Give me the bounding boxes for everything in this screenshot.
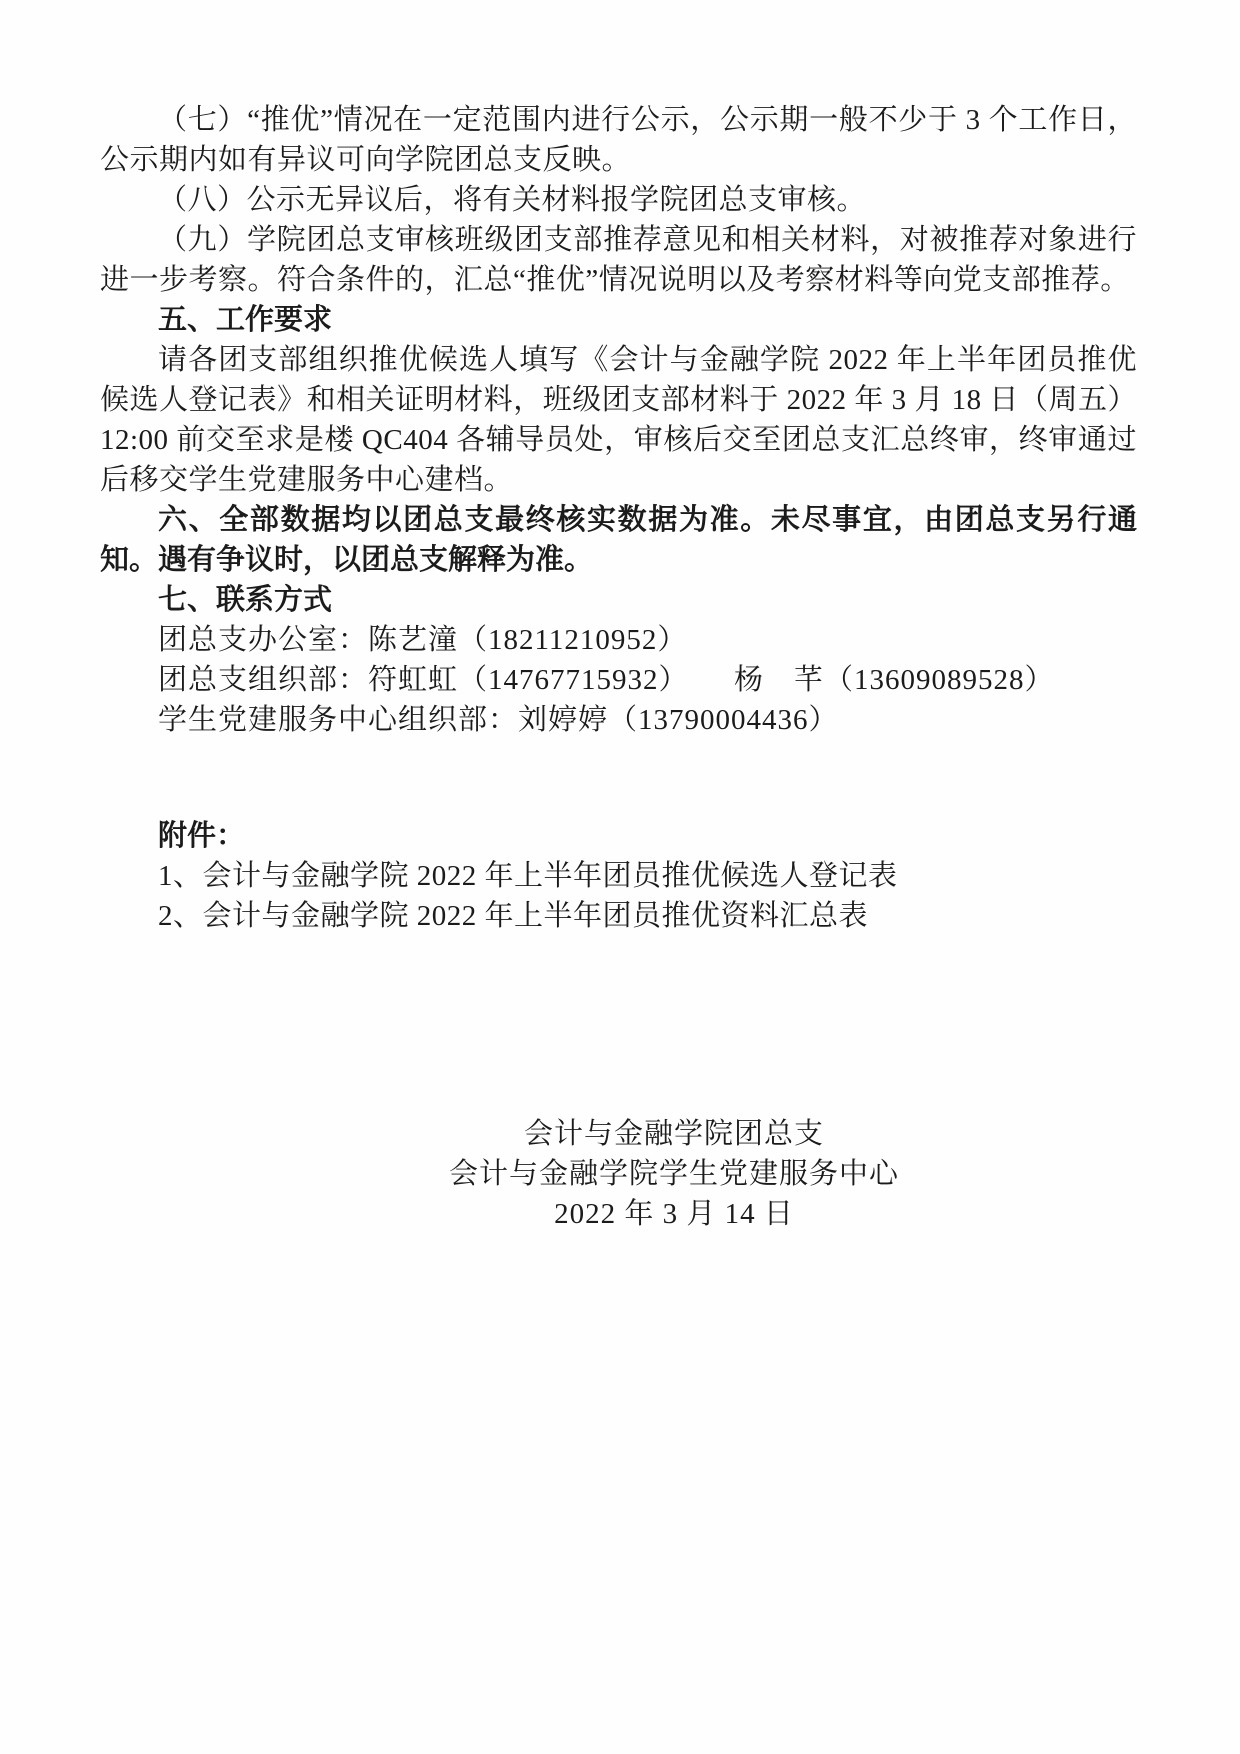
paragraph-item-9: （九）学院团总支审核班级团支部推荐意见和相关材料，对被推荐对象进行进一步考察。符…: [100, 220, 1137, 300]
paragraph-item-7: （七）“推优”情况在一定范围内进行公示，公示期一般不少于 3 个工作日，公示期内…: [100, 100, 1137, 180]
attachments-label: 附件：: [100, 816, 1137, 856]
paragraph-item-8: （八）公示无异议后，将有关材料报学院团总支审核。: [100, 180, 1137, 220]
paragraph-work-requirements: 请各团支部组织推优候选人填写《会计与金融学院 2022 年上半年团员推优候选人登…: [100, 340, 1137, 500]
attachment-item-1: 1、会计与金融学院 2022 年上半年团员推优候选人登记表: [100, 856, 1137, 896]
section-heading-5: 五、工作要求: [100, 300, 1137, 340]
signature-date: 2022 年 3 月 14 日: [449, 1194, 899, 1234]
document-page: （七）“推优”情况在一定范围内进行公示，公示期一般不少于 3 个工作日，公示期内…: [0, 0, 1240, 1754]
contact-org-dept: 团总支组织部：符虹虹（14767715932） 杨 芊（13609089528）: [100, 660, 1137, 700]
signature-org-line2: 会计与金融学院学生党建服务中心: [449, 1154, 899, 1194]
attachment-item-2: 2、会计与金融学院 2022 年上半年团员推优资料汇总表: [100, 896, 1137, 936]
contact-office: 团总支办公室：陈艺潼（18211210952）: [100, 620, 1137, 660]
section-heading-7: 七、联系方式: [100, 580, 1137, 620]
contact-party-service-center: 学生党建服务中心组织部：刘婷婷（13790004436）: [100, 700, 1137, 740]
signature-org-line1: 会计与金融学院团总支: [449, 1114, 899, 1154]
signature-block: 会计与金融学院团总支 会计与金融学院学生党建服务中心 2022 年 3 月 14…: [449, 1114, 899, 1234]
paragraph-item-6-notice: 六、全部数据均以团总支最终核实数据为准。未尽事宜，由团总支另行通知。遇有争议时，…: [100, 500, 1137, 580]
